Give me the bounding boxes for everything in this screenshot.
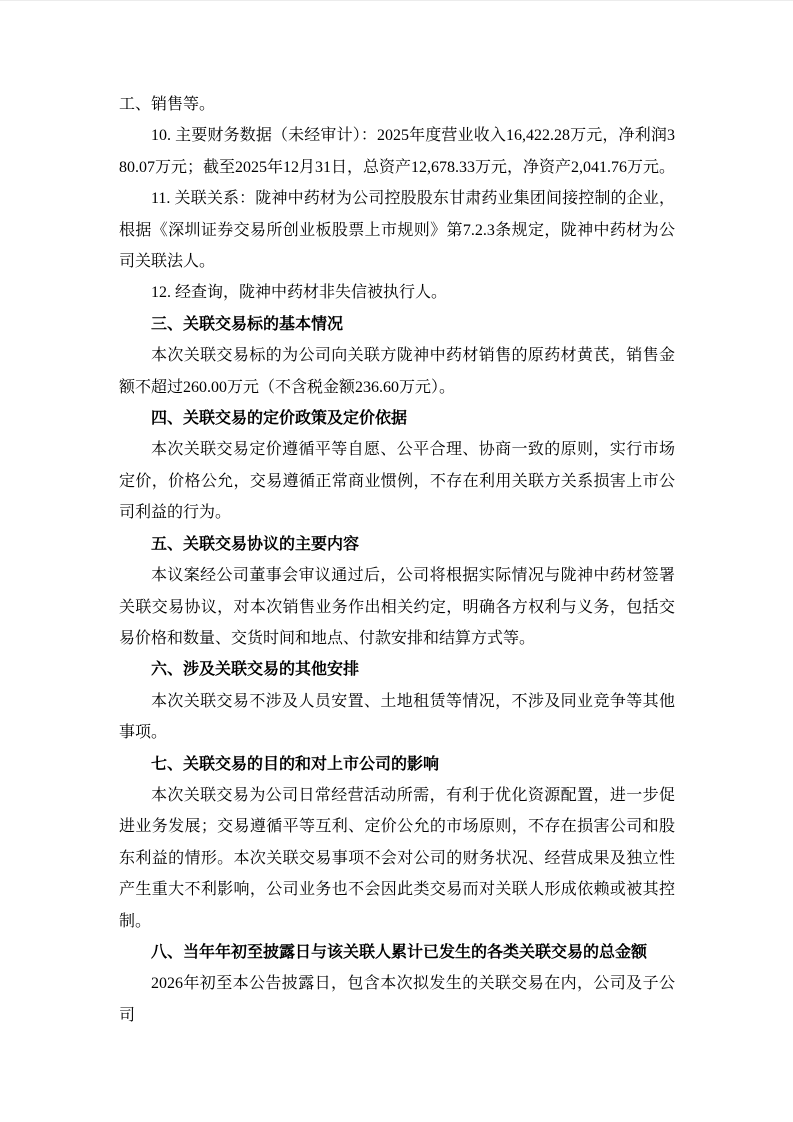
paragraph-credit-check: 12. 经查询，陇神中药材非失信被执行人。 <box>119 277 675 308</box>
paragraph-financial-data: 10. 主要财务数据（未经审计）：2025年度营业收入16,422.28万元，净… <box>119 120 675 183</box>
paragraph-purpose-impact: 本次关联交易为公司日常经营活动所需，有利于优化资源配置，进一步促进业务发展；交易… <box>119 780 675 937</box>
section-heading-6-other-arrangements: 六、涉及关联交易的其他安排 <box>119 654 675 685</box>
paragraph-pricing-policy: 本次关联交易定价遵循平等自愿、公平合理、协商一致的原则，实行市场定价，价格公允，… <box>119 434 675 528</box>
section-heading-3-transaction-subject: 三、关联交易标的基本情况 <box>119 309 675 340</box>
paragraph-agreement-content: 本议案经公司董事会审议通过后，公司将根据实际情况与陇神中药材签署关联交易协议，对… <box>119 560 675 654</box>
document-body: 工、销售等。 10. 主要财务数据（未经审计）：2025年度营业收入16,422… <box>119 89 675 1031</box>
paragraph-transaction-subject: 本次关联交易标的为公司向关联方陇神中药材销售的原药材黄芪，销售金额不超过260.… <box>119 340 675 403</box>
section-heading-5-agreement-content: 五、关联交易协议的主要内容 <box>119 529 675 560</box>
section-heading-8-cumulative-amount: 八、当年年初至披露日与该关联人累计已发生的各类关联交易的总金额 <box>119 937 675 968</box>
document-page: 工、销售等。 10. 主要财务数据（未经审计）：2025年度营业收入16,422… <box>0 0 793 1122</box>
paragraph-other-arrangements: 本次关联交易不涉及人员安置、土地租赁等情况，不涉及同业竞争等其他事项。 <box>119 686 675 749</box>
section-heading-4-pricing-policy: 四、关联交易的定价政策及定价依据 <box>119 403 675 434</box>
paragraph-continuation: 工、销售等。 <box>119 89 675 120</box>
paragraph-related-relationship: 11. 关联关系：陇神中药材为公司控股股东甘肃药业集团间接控制的企业，根据《深圳… <box>119 183 675 277</box>
paragraph-cumulative-amount: 2026年初至本公告披露日，包含本次拟发生的关联交易在内，公司及子公司 <box>119 968 675 1031</box>
section-heading-7-purpose-impact: 七、关联交易的目的和对上市公司的影响 <box>119 749 675 780</box>
